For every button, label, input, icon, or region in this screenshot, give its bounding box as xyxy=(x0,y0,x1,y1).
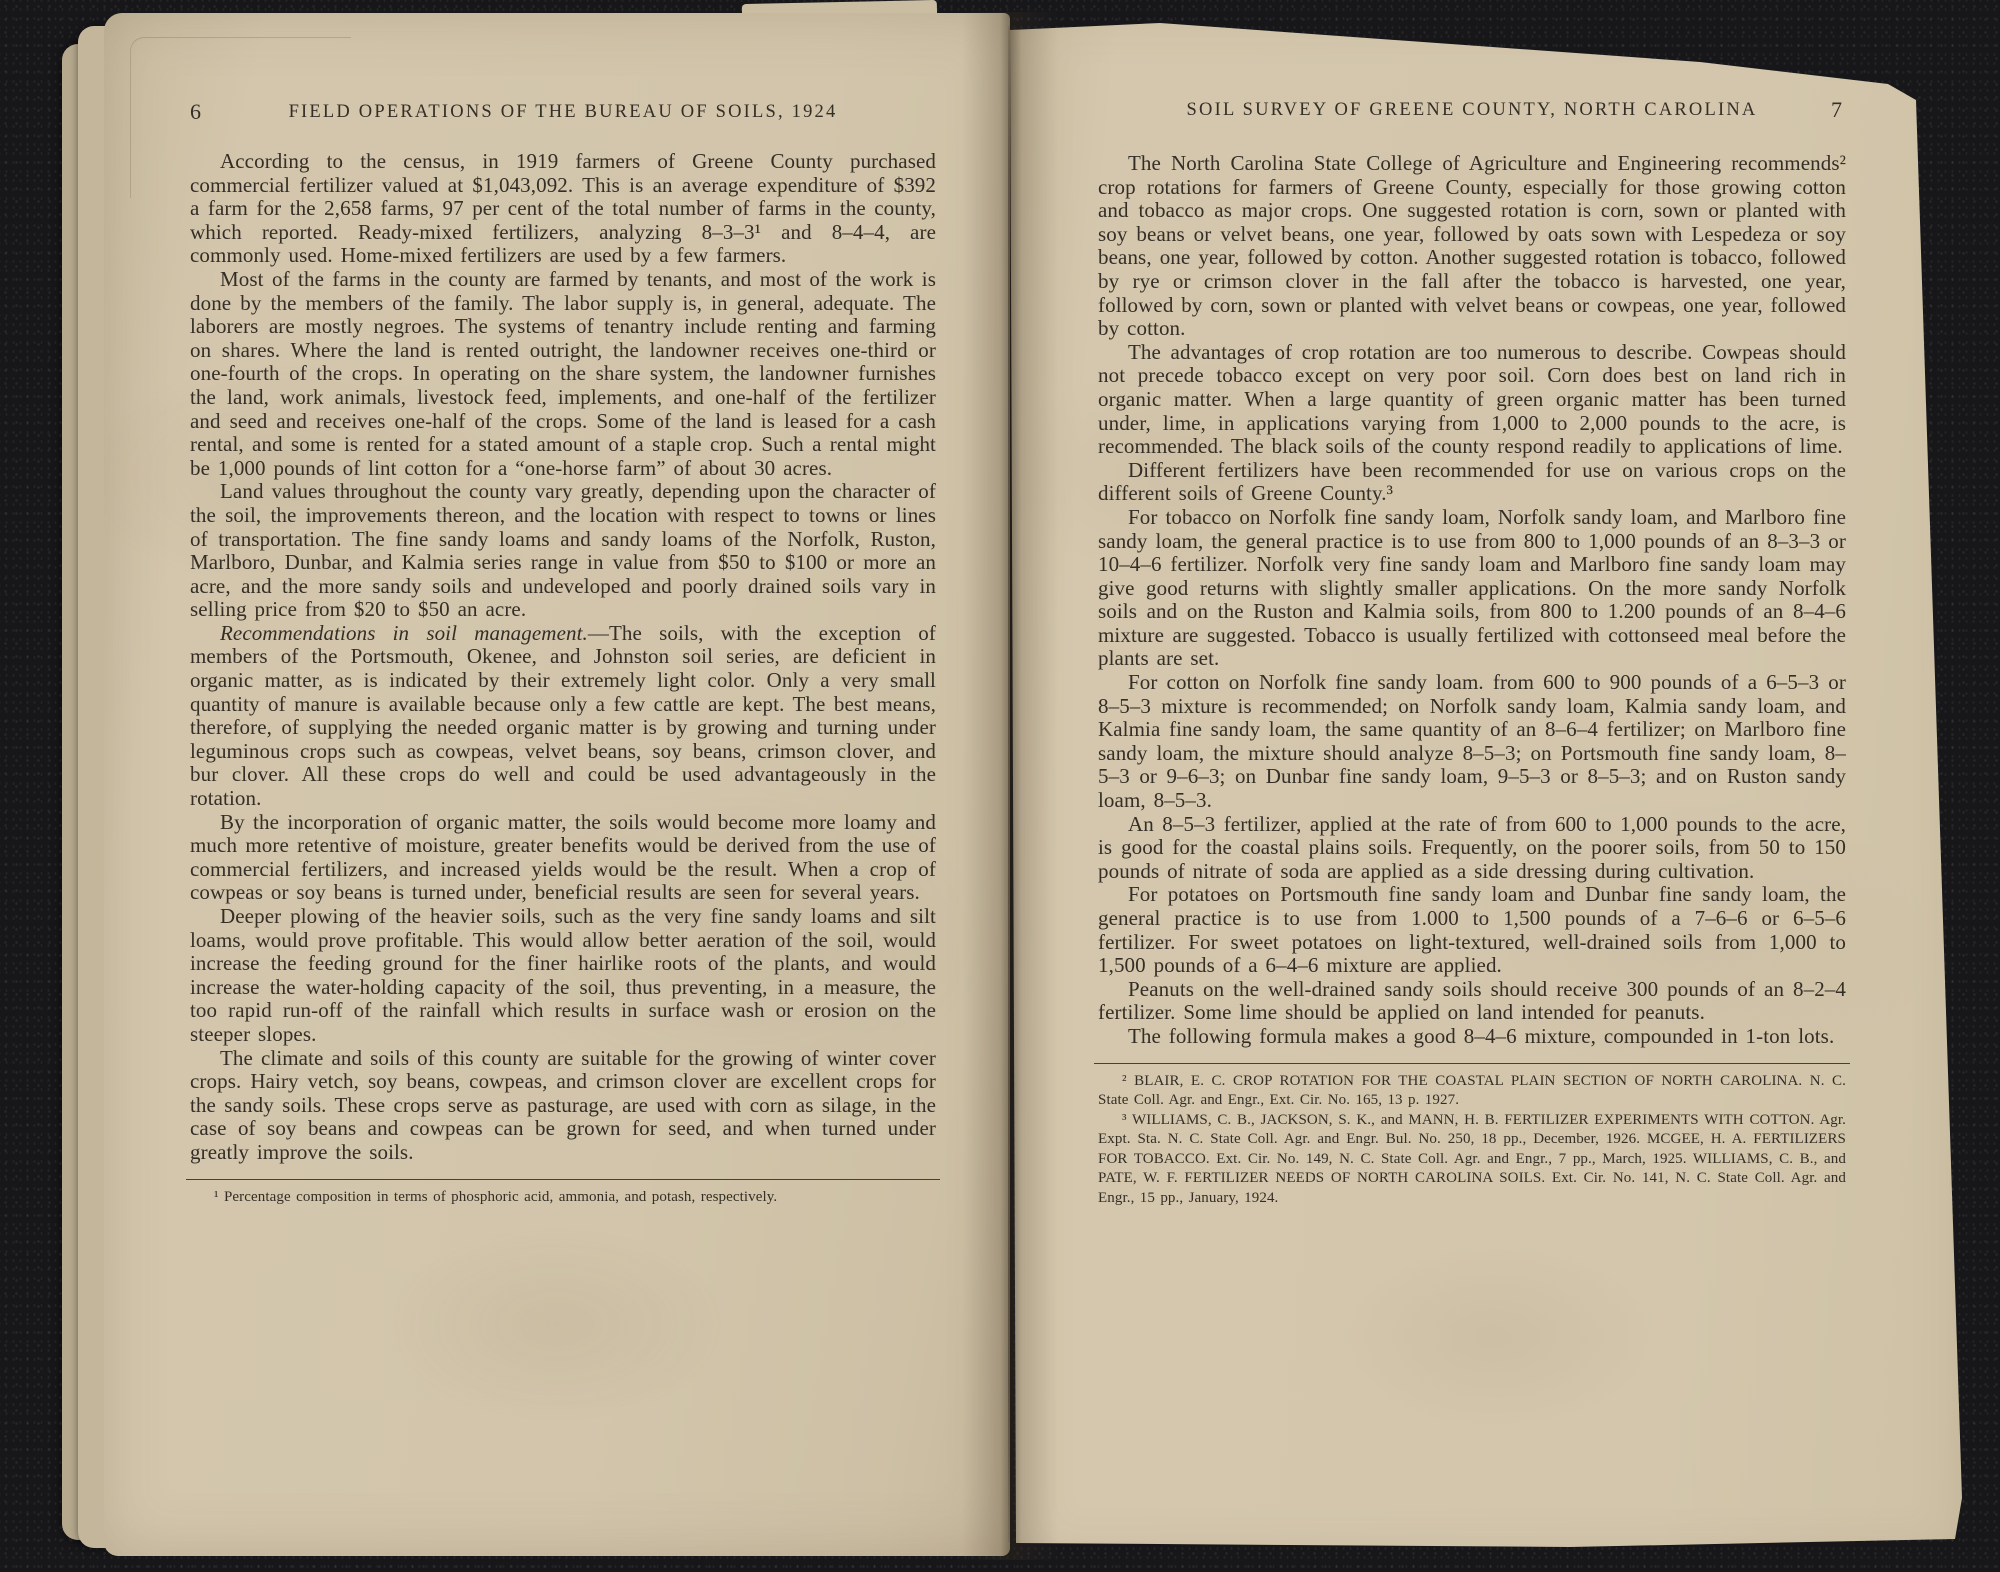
paragraph: Land values throughout the county vary g… xyxy=(190,480,936,622)
paragraph: For tobacco on Norfolk fine sandy loam, … xyxy=(1098,506,1846,671)
paragraph: The climate and soils of this county are… xyxy=(190,1047,936,1165)
paragraph: ¹ Percentage composition in terms of pho… xyxy=(190,1188,936,1207)
paragraph: For cotton on Norfolk fine sandy loam. f… xyxy=(1098,671,1846,813)
left-page-footnotes: ¹ Percentage composition in terms of pho… xyxy=(190,1188,936,1207)
right-page-footnotes: ² BLAIR, E. C. CROP ROTATION FOR THE COA… xyxy=(1098,1072,1846,1209)
footnote-rule-left xyxy=(186,1179,940,1180)
paragraph: Peanuts on the well-drained sandy soils … xyxy=(1098,978,1846,1025)
paragraph: An 8–5–3 fertilizer, applied at the rate… xyxy=(1098,813,1846,884)
paragraph: Deeper plowing of the heavier soils, suc… xyxy=(190,905,936,1047)
paragraph: ³ WILLIAMS, C. B., JACKSON, S. K., and M… xyxy=(1098,1111,1846,1209)
paragraph: The North Carolina State College of Agri… xyxy=(1098,152,1846,341)
paragraph: By the incorporation of organic matter, … xyxy=(190,811,936,905)
footnote-rule-right xyxy=(1094,1063,1850,1064)
paragraph: Most of the farms in the county are farm… xyxy=(190,268,936,480)
paragraph: Recommendations in soil management.—The … xyxy=(190,622,936,811)
paragraph: ² BLAIR, E. C. CROP ROTATION FOR THE COA… xyxy=(1098,1072,1846,1111)
left-page-body: According to the census, in 1919 farmers… xyxy=(190,150,936,1165)
gutter-seam-line xyxy=(1008,26,1010,1542)
paragraph: According to the census, in 1919 farmers… xyxy=(190,150,936,268)
page-number-right: 7 xyxy=(1831,97,1842,123)
italic-lead: Recommendations in soil management. xyxy=(220,621,588,645)
paragraph: The advantages of crop rotation are too … xyxy=(1098,341,1846,459)
running-header-left: 6 FIELD OPERATIONS OF THE BUREAU OF SOIL… xyxy=(190,102,936,132)
paragraph: Different fertilizers have been recommen… xyxy=(1098,459,1846,506)
paragraph: The following formula makes a good 8–4–6… xyxy=(1098,1025,1846,1049)
paragraph: For potatoes on Portsmouth fine sandy lo… xyxy=(1098,883,1846,977)
running-header-left-title: FIELD OPERATIONS OF THE BUREAU OF SOILS,… xyxy=(289,102,838,122)
running-header-right-title: SOIL SURVEY OF GREENE COUNTY, NORTH CARO… xyxy=(1187,100,1758,120)
page-number-left: 6 xyxy=(190,99,201,125)
right-page-body: The North Carolina State College of Agri… xyxy=(1098,152,1846,1049)
right-page-text-column: The North Carolina State College of Agri… xyxy=(1098,152,1846,1208)
left-page-text-column: According to the census, in 1919 farmers… xyxy=(190,150,936,1207)
running-header-right: SOIL SURVEY OF GREENE COUNTY, NORTH CARO… xyxy=(1098,100,1846,130)
